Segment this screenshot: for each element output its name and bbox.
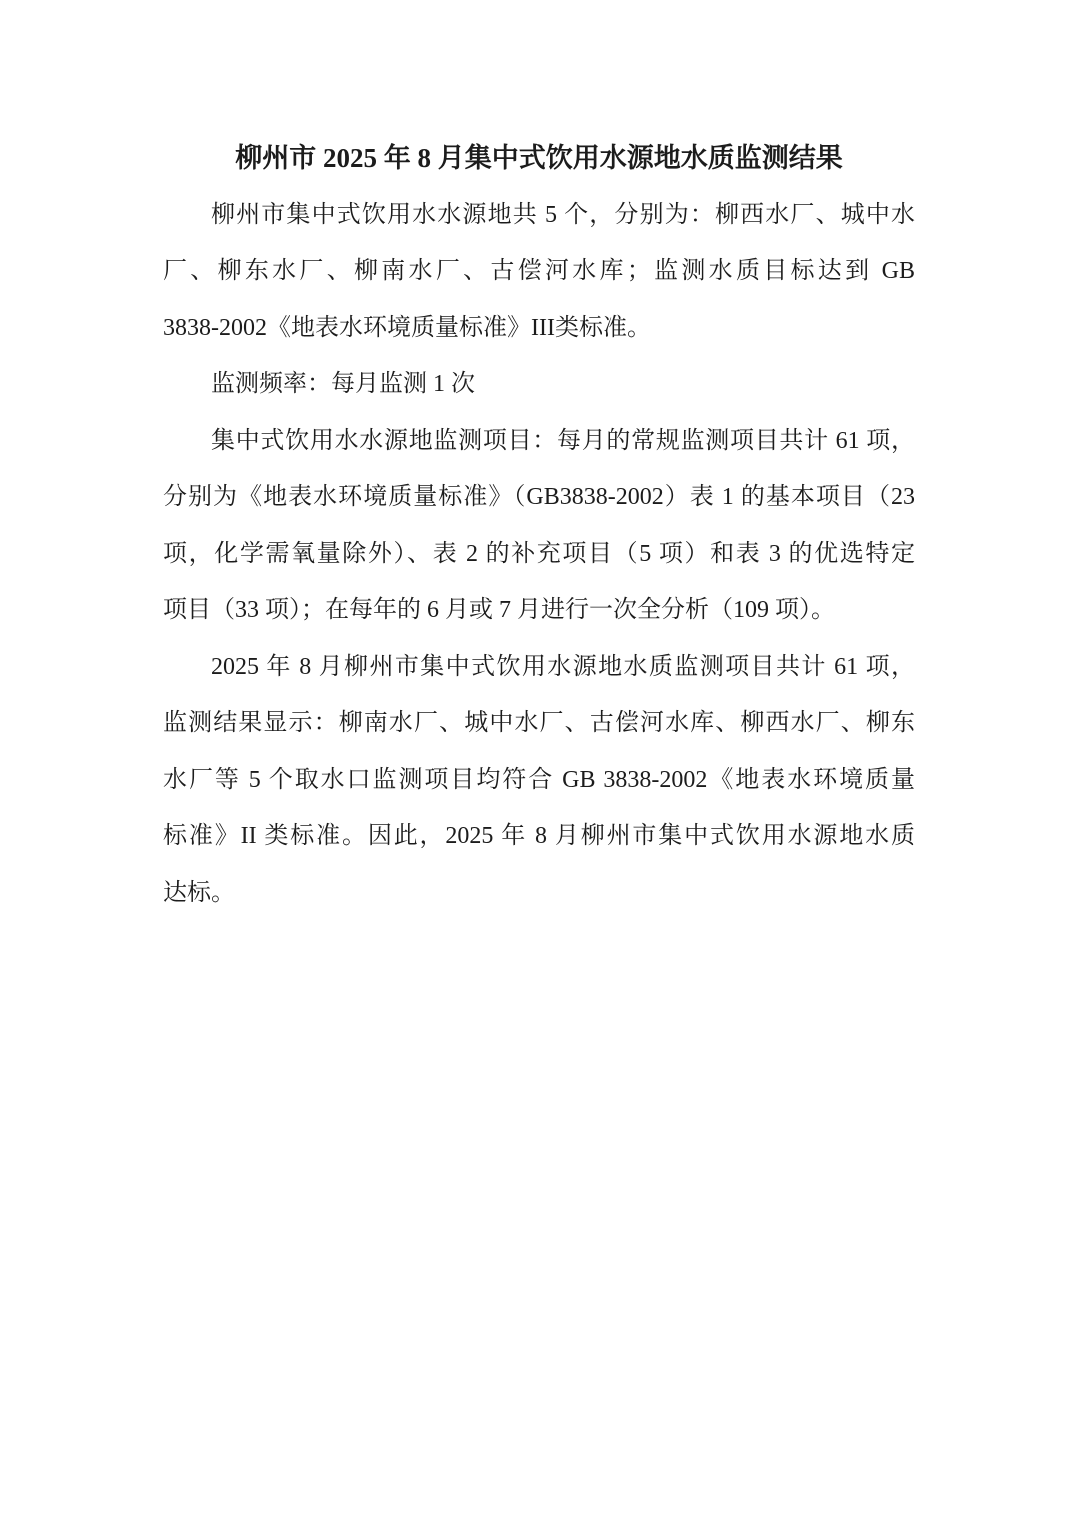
paragraph: 2025 年 8 月柳州市集中式饮用水源地水质监测项目共计 61 项，监测结果显…	[163, 639, 915, 922]
paragraph-line: 项，化学需氧量除外）、表 2 的补充项目（5 项）和表 3 的优选特定	[163, 526, 915, 583]
paragraph: 监测频率：每月监测 1 次	[163, 356, 915, 413]
paragraph-line: 水厂等 5 个取水口监测项目均符合 GB 3838-2002《地表水环境质量	[163, 752, 915, 809]
paragraph-line: 3838-2002《地表水环境质量标准》III类标准。	[163, 300, 915, 357]
paragraph-line: 集中式饮用水水源地监测项目：每月的常规监测项目共计 61 项，	[163, 413, 915, 470]
paragraph-line: 2025 年 8 月柳州市集中式饮用水源地水质监测项目共计 61 项，	[163, 639, 915, 696]
paragraph-line: 达标。	[163, 865, 915, 922]
paragraph-line: 监测频率：每月监测 1 次	[163, 356, 915, 413]
paragraph-line: 监测结果显示：柳南水厂、城中水厂、古偿河水库、柳西水厂、柳东	[163, 695, 915, 752]
document-title: 柳州市 2025 年 8 月集中式饮用水源地水质监测结果	[163, 130, 915, 187]
paragraph-line: 分别为《地表水环境质量标准》（GB3838-2002）表 1 的基本项目（23	[163, 469, 915, 526]
paragraph-line: 柳州市集中式饮用水水源地共 5 个，分别为：柳西水厂、城中水	[163, 187, 915, 244]
paragraph-line: 标准》II 类标准。因此，2025 年 8 月柳州市集中式饮用水源地水质	[163, 808, 915, 865]
document-page: 柳州市 2025 年 8 月集中式饮用水源地水质监测结果 柳州市集中式饮用水水源…	[0, 0, 1074, 1520]
paragraph: 柳州市集中式饮用水水源地共 5 个，分别为：柳西水厂、城中水厂、柳东水厂、柳南水…	[163, 187, 915, 357]
document-body: 柳州市集中式饮用水水源地共 5 个，分别为：柳西水厂、城中水厂、柳东水厂、柳南水…	[163, 187, 915, 922]
paragraph-line: 项目（33 项）；在每年的 6 月或 7 月进行一次全分析（109 项）。	[163, 582, 915, 639]
paragraph-line: 厂、柳东水厂、柳南水厂、古偿河水库；监测水质目标达到 GB	[163, 243, 915, 300]
paragraph: 集中式饮用水水源地监测项目：每月的常规监测项目共计 61 项，分别为《地表水环境…	[163, 413, 915, 639]
